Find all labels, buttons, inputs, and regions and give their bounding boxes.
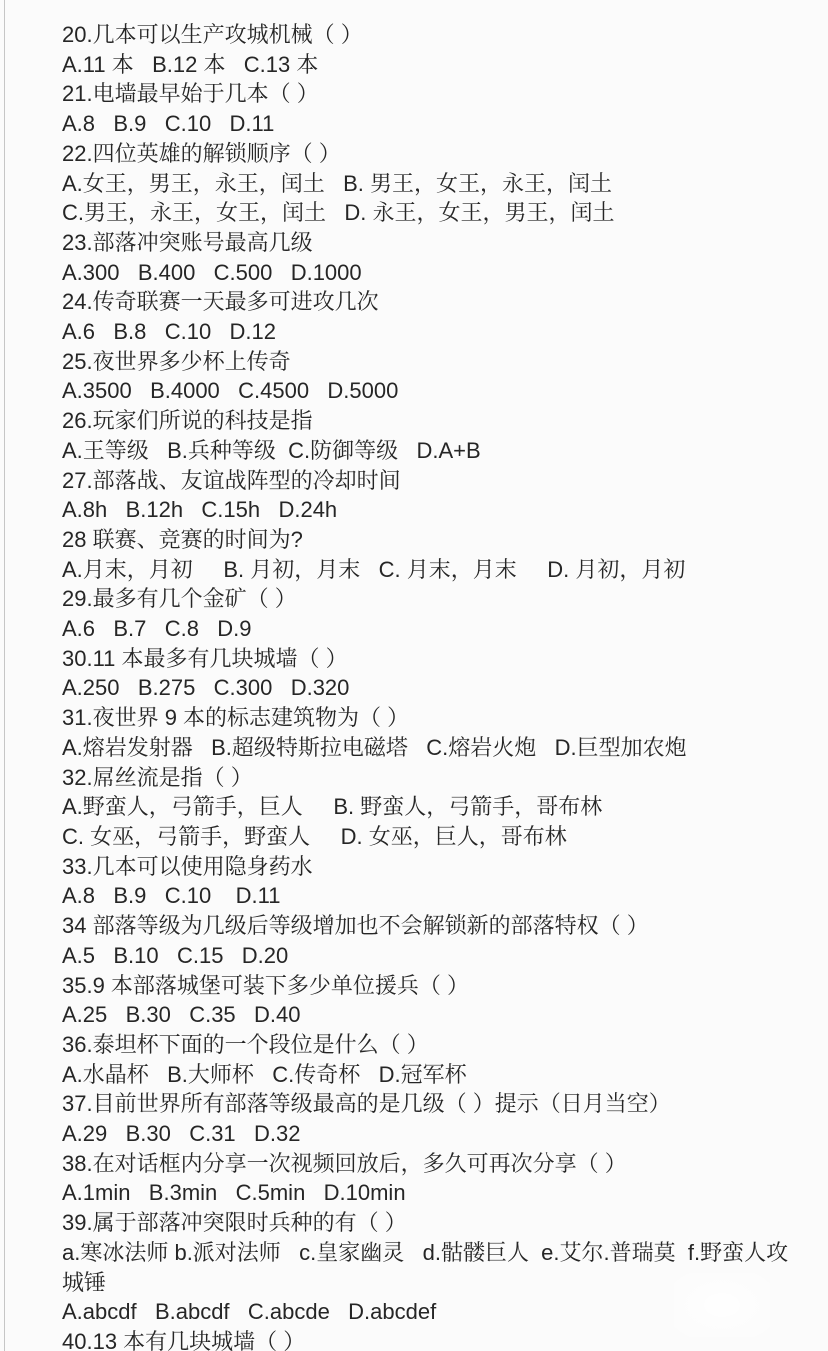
document-page: 20.几本可以生产攻城机械（ ）A.11 本 B.12 本 C.13 本21.电… [0,0,828,1351]
options-line: A.8 B.9 C.10 D.11 [62,881,810,911]
options-line: A.8h B.12h C.15h D.24h [62,495,810,525]
question-line: 37.目前世界所有部落等级最高的是几级（ ）提示（日月当空） [62,1089,810,1119]
options-line: A.1min B.3min C.5min D.10min [62,1178,810,1208]
question-line: 29.最多有几个金矿（ ） [62,584,810,614]
options-line: A.3500 B.4000 C.4500 D.5000 [62,376,810,406]
options-line: A.月末，月初 B. 月初，月末 C. 月末，月末 D. 月初，月初 [62,555,810,585]
question-line: 28 联赛、竞赛的时间为? [62,525,810,555]
question-line: 21.电墙最早始于几本（ ） [62,79,810,109]
question-line: 34 部落等级为几级后等级增加也不会解锁新的部落特权（ ） [62,911,810,941]
question-line: 20.几本可以生产攻城机械（ ） [62,20,810,50]
options-line: A.6 B.7 C.8 D.9 [62,614,810,644]
options-line: A.11 本 B.12 本 C.13 本 [62,50,810,80]
options-line: A.abcdf B.abcdf C.abcde D.abcdef [62,1297,810,1327]
question-line: 27.部落战、友谊战阵型的冷却时间 [62,466,810,496]
options-line: C. 女巫，弓箭手，野蛮人 D. 女巫，巨人，哥布林 [62,822,810,852]
options-line: A.水晶杯 B.大师杯 C.传奇杯 D.冠军杯 [62,1060,810,1090]
question-line: 31.夜世界 9 本的标志建筑物为（ ） [62,703,810,733]
question-line: 36.泰坦杯下面的一个段位是什么（ ） [62,1030,810,1060]
question-line: 25.夜世界多少杯上传奇 [62,347,810,377]
question-line: 40.13 本有几块城墙（ ） [62,1327,810,1351]
question-line: 24.传奇联赛一天最多可进攻几次 [62,287,810,317]
question-line: 22.四位英雄的解锁顺序（ ） [62,139,810,169]
question-line: 32.屌丝流是指（ ） [62,763,810,793]
options-line: A.女王，男王，永王，闰土 B. 男王，女王，永王，闰土 [62,169,810,199]
question-line: 30.11 本最多有几块城墙（ ） [62,644,810,674]
options-line: A.29 B.30 C.31 D.32 [62,1119,810,1149]
options-line: A.熔岩发射器 B.超级特斯拉电磁塔 C.熔岩火炮 D.巨型加农炮 [62,733,810,763]
options-line: A.300 B.400 C.500 D.1000 [62,258,810,288]
question-line: 33.几本可以使用隐身药水 [62,852,810,882]
quiz-lines: 20.几本可以生产攻城机械（ ）A.11 本 B.12 本 C.13 本21.电… [0,0,828,1351]
options-line: A.5 B.10 C.15 D.20 [62,941,810,971]
question-line: 39.属于部落冲突限时兵种的有（ ） [62,1208,810,1238]
question-line: 35.9 本部落城堡可装下多少单位援兵（ ） [62,971,810,1001]
question-line: 26.玩家们所说的科技是指 [62,406,810,436]
question-line: 23.部落冲突账号最高几级 [62,228,810,258]
options-line: A.250 B.275 C.300 D.320 [62,673,810,703]
question-line: 38.在对话框内分享一次视频回放后，多久可再次分享（ ） [62,1149,810,1179]
options-line: A.8 B.9 C.10 D.11 [62,109,810,139]
options-line: C.男王，永王，女王，闰土 D. 永王，女王，男王，闰土 [62,198,810,228]
options-line: A.25 B.30 C.35 D.40 [62,1000,810,1030]
options-line: A.6 B.8 C.10 D.12 [62,317,810,347]
options-line: A.王等级 B.兵种等级 C.防御等级 D.A+B [62,436,810,466]
options-line: A.野蛮人，弓箭手，巨人 B. 野蛮人，弓箭手，哥布林 [62,792,810,822]
options-line: a.寒冰法师 b.派对法师 c.皇家幽灵 d.骷髅巨人 e.艾尔.普瑞莫 f.野… [62,1238,810,1297]
